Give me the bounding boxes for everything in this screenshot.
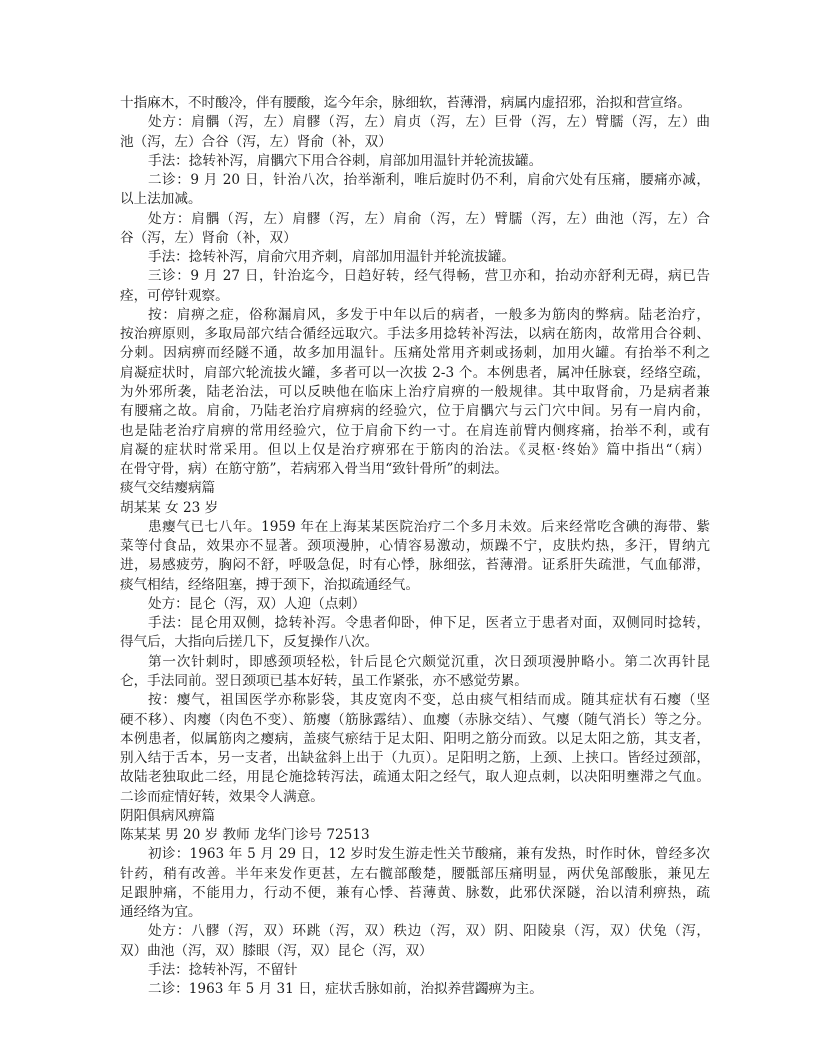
text-line: 谷（泻，左）肾俞（补，双） <box>120 229 710 248</box>
text-line: 故陆老独取此二经，用昆仑施捻转泻法，疏通太阳之经气，取人迎点刺，以决阳明壅滞之气… <box>120 768 710 787</box>
text-line: 阴阳俱病风痹篇 <box>120 807 710 826</box>
text-line: 硬不移）、肉瘿（肉色不变）、筋瘿（筋脉露结）、血瘿（赤脉交结）、气瘿（随气消长）… <box>120 711 710 730</box>
text-line: 患瘿气已七八年。1959 年在上海某某医院治疗二个多月未效。后来经常吃含碘的海带… <box>120 518 710 537</box>
text-line: 处方：八髎（泻，双）环跳（泻，双）秩边（泻，双）阴、阳陵泉（泻，双）伏兔（泻， <box>120 922 710 941</box>
text-line: 别入结于舌本，另一支者，出缺盆斜上出于（九页）。足阳明之筋，上颈、上挟口。皆经过… <box>120 749 710 768</box>
text-line: 仑，手法同前。翌日颈项已基本好转，虽工作紧张，亦不感觉劳累。 <box>120 672 710 691</box>
text-line: 手法：昆仑用双侧，捻转补泻。令患者仰卧，伸下足，医者立于患者对面，双侧同时捻转， <box>120 614 710 633</box>
text-line: 针药，稍有改善。半年来发作更甚，左右髋部酸楚，腰骶部压痛明显，两伏兔部酸胀，兼见… <box>120 865 710 884</box>
text-line: 肩凝症状时，肩部穴轮流拔火罐，多者可以一次拔 2-3 个。本例患者，属冲任脉衰，… <box>120 364 710 383</box>
text-line: 菜等付食品，效果亦不显著。颈项漫肿，心情容易激动，烦躁不宁，皮肤灼热，多汗，胃纳… <box>120 537 710 556</box>
text-line: 肩凝的症状时常采用。但以上仅是治疗痹邪在于筋肉的治法。《灵枢·终始》篇中指出“（… <box>120 441 710 460</box>
text-line: 痊，可停针观察。 <box>120 287 710 306</box>
text-line: 处方：肩髃（泻，左）肩髎（泻，左）肩俞（泻，左）臂臑（泻，左）曲池（泻，左）合 <box>120 210 710 229</box>
text-line: 陈某某 男 20 岁 教师 龙华门诊号 72513 <box>120 826 710 845</box>
text-line: 按治痹原则，多取局部穴结合循经远取穴。手法多用捻转补泻法，以病在筋肉，故常用合谷… <box>120 325 710 344</box>
text-line: 按：瘿气，祖国医学亦称影袋，其皮宽肉不变，总由痰气相结而成。随其症状有石瘿（坚 <box>120 691 710 710</box>
text-line: 进，易感疲劳，胸闷不舒，呼吸急促，时有心悸，脉细弦，苔薄滑。证系肝失疏泄，气血郁… <box>120 556 710 575</box>
text-line: 手法：捻转补泻，肩髃穴下用合谷刺，肩部加用温针并轮流拔罐。 <box>120 152 710 171</box>
text-line: 得气后，大指向后搓几下，反复操作八次。 <box>120 633 710 652</box>
text-line: 也是陆老治疗肩痹的常用经验穴，位于肩俞下约一寸。在肩连前臂内侧疼痛，抬举不利，或… <box>120 422 710 441</box>
text-line: 按：肩痹之症，俗称漏肩风，多发于中年以后的病者，一般多为筋肉的弊病。陆老治疗， <box>120 306 710 325</box>
text-line: 二诊而症情好转，效果令人满意。 <box>120 788 710 807</box>
text-line: 第一次针刺时，即感颈项轻松，针后昆仑穴颇觉沉重，次日颈项漫肿略小。第二次再针昆 <box>120 653 710 672</box>
text-line: 双）曲池（泻，双）膝眼（泻，双）昆仑（泻，双） <box>120 942 710 961</box>
text-line: 三诊：9 月 27 日，针治迄今，日趋好转，经气得畅，营卫亦和，抬动亦舒利无碍，… <box>120 267 710 286</box>
text-line: 十指麻木，不时酸冷，伴有腰酸，迄今年余，脉细软，苔薄滑，病属内虚招邪，治拟和营宣… <box>120 94 710 113</box>
document-page: 十指麻木，不时酸冷，伴有腰酸，迄今年余，脉细软，苔薄滑，病属内虚招邪，治拟和营宣… <box>120 94 710 999</box>
text-line: 初诊：1963 年 5 月 29 日，12 岁时发生游走性关节酸痛，兼有发热，时… <box>120 845 710 864</box>
text-line: 池（泻，左）合谷（泻，左）肾俞（补，双） <box>120 133 710 152</box>
text-line: 痰气交结瘿病篇 <box>120 479 710 498</box>
text-line: 手法：捻转补泻，不留针 <box>120 961 710 980</box>
text-line: 处方：肩髃（泻，左）肩髎（泻，左）肩贞（泻，左）巨骨（泻，左）臂臑（泻，左）曲 <box>120 113 710 132</box>
text-line: 分刺。因病痹而经隧不通，故多加用温针。压痛处常用齐刺或扬刺，加用火罐。有抬举不利… <box>120 344 710 363</box>
text-line: 本例患者，似属筋肉之瘿病，盖痰气瘀结于足太阳、阳明之筋分而致。以足太阳之筋，其支… <box>120 730 710 749</box>
text-line: 手法：捻转补泻，肩俞穴用齐刺，肩部加用温针并轮流拔罐。 <box>120 248 710 267</box>
text-line: 以上法加减。 <box>120 190 710 209</box>
text-line: 通经络为宜。 <box>120 903 710 922</box>
text-line: 为外邪所袭，陆老治法，可以反映他在临床上治疗肩痹的一般规律。其中取肾俞，乃是病者… <box>120 383 710 402</box>
text-line: 胡某某 女 23 岁 <box>120 499 710 518</box>
text-line: 有腰痛之故。肩俞，乃陆老治疗肩痹病的经验穴，位于肩髃穴与云门穴中间。另有一肩内俞… <box>120 402 710 421</box>
text-line: 在骨守骨，病）在筋守筋”，若病邪入骨当用“致针骨所”的刺法。 <box>120 460 710 479</box>
text-line: 痰气相结，经络阻塞，搏于颈下，治拟疏通经气。 <box>120 576 710 595</box>
text-line: 二诊：9 月 20 日，针治八次，抬举渐利，唯后旋时仍不利，肩俞穴处有压痛，腰痛… <box>120 171 710 190</box>
text-line: 二诊：1963 年 5 月 31 日，症状舌脉如前，治拟养营蠲痹为主。 <box>120 980 710 999</box>
text-line: 处方：昆仑（泻，双）人迎（点刺） <box>120 595 710 614</box>
text-line: 足跟肿痛，不能用力，行动不便，兼有心悸、苔薄黄、脉数，此邪伏深隧，治以清利痹热，… <box>120 884 710 903</box>
